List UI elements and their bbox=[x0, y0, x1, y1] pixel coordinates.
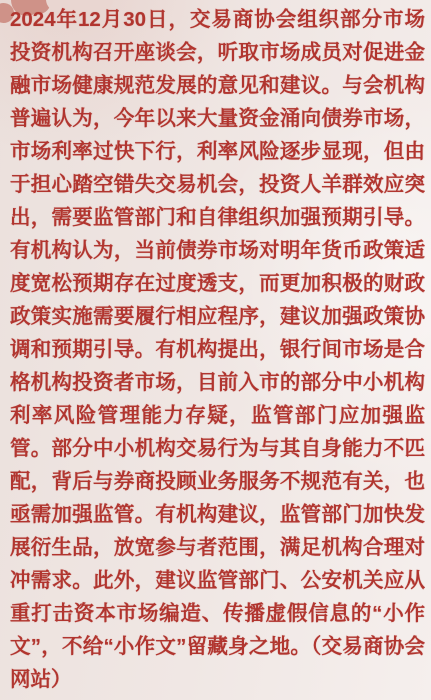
article-line: 普遍认为，今年以来大量资金涌向债券市场， bbox=[10, 102, 425, 135]
article-line: 展衍生品，放宽参与者范围，满足机构合理对 bbox=[10, 531, 425, 564]
article-line: 于担心踏空错失交易机会，投资人羊群效应突 bbox=[10, 168, 425, 201]
article-text: 2024年12月30日，交易商协会组织部分市场 投资机构召开座谈会，听取市场成员… bbox=[10, 3, 425, 696]
article-page: 2024年12月30日，交易商协会组织部分市场 投资机构召开座谈会，听取市场成员… bbox=[0, 0, 431, 700]
article-line: 融市场健康规范发展的意见和建议。与会机构 bbox=[10, 69, 425, 102]
article-line: 冲需求。此外，建议监管部门、公安机关应从 bbox=[10, 564, 425, 597]
article-line: 政策实施需要履行相应程序，建议加强政策协 bbox=[10, 300, 425, 333]
article-line: 调和预期引导。有机构提出，银行间市场是合 bbox=[10, 333, 425, 366]
article-line: 重打击资本市场编造、传播虚假信息的“小作 bbox=[10, 597, 425, 630]
article-line: 度宽松预期存在过度透支，而更加积极的财政 bbox=[10, 267, 425, 300]
article-line: 文”，不给“小作文”留藏身之地。（交易商协会 bbox=[10, 630, 425, 663]
article-line: 亟需加强监管。有机构建议，监管部门加快发 bbox=[10, 498, 425, 531]
article-line: 投资机构召开座谈会，听取市场成员对促进金 bbox=[10, 36, 425, 69]
article-line: 利率风险管理能力存疑，监管部门应加强监 bbox=[10, 399, 425, 432]
article-line: 有机构认为，当前债券市场对明年货币政策适 bbox=[10, 234, 425, 267]
article-line: 配，背后与券商投顾业务服务不规范有关，也 bbox=[10, 465, 425, 498]
article-line: 2024年12月30日，交易商协会组织部分市场 bbox=[10, 3, 425, 36]
article-line: 管。部分中小机构交易行为与其自身能力不匹 bbox=[10, 432, 425, 465]
article-line: 市场利率过快下行，利率风险逐步显现，但由 bbox=[10, 135, 425, 168]
article-line: 出，需要监管部门和自律组织加强预期引导。 bbox=[10, 201, 425, 234]
article-line: 格机构投资者市场，目前入市的部分中小机构 bbox=[10, 366, 425, 399]
article-line: 网站） bbox=[10, 663, 425, 696]
